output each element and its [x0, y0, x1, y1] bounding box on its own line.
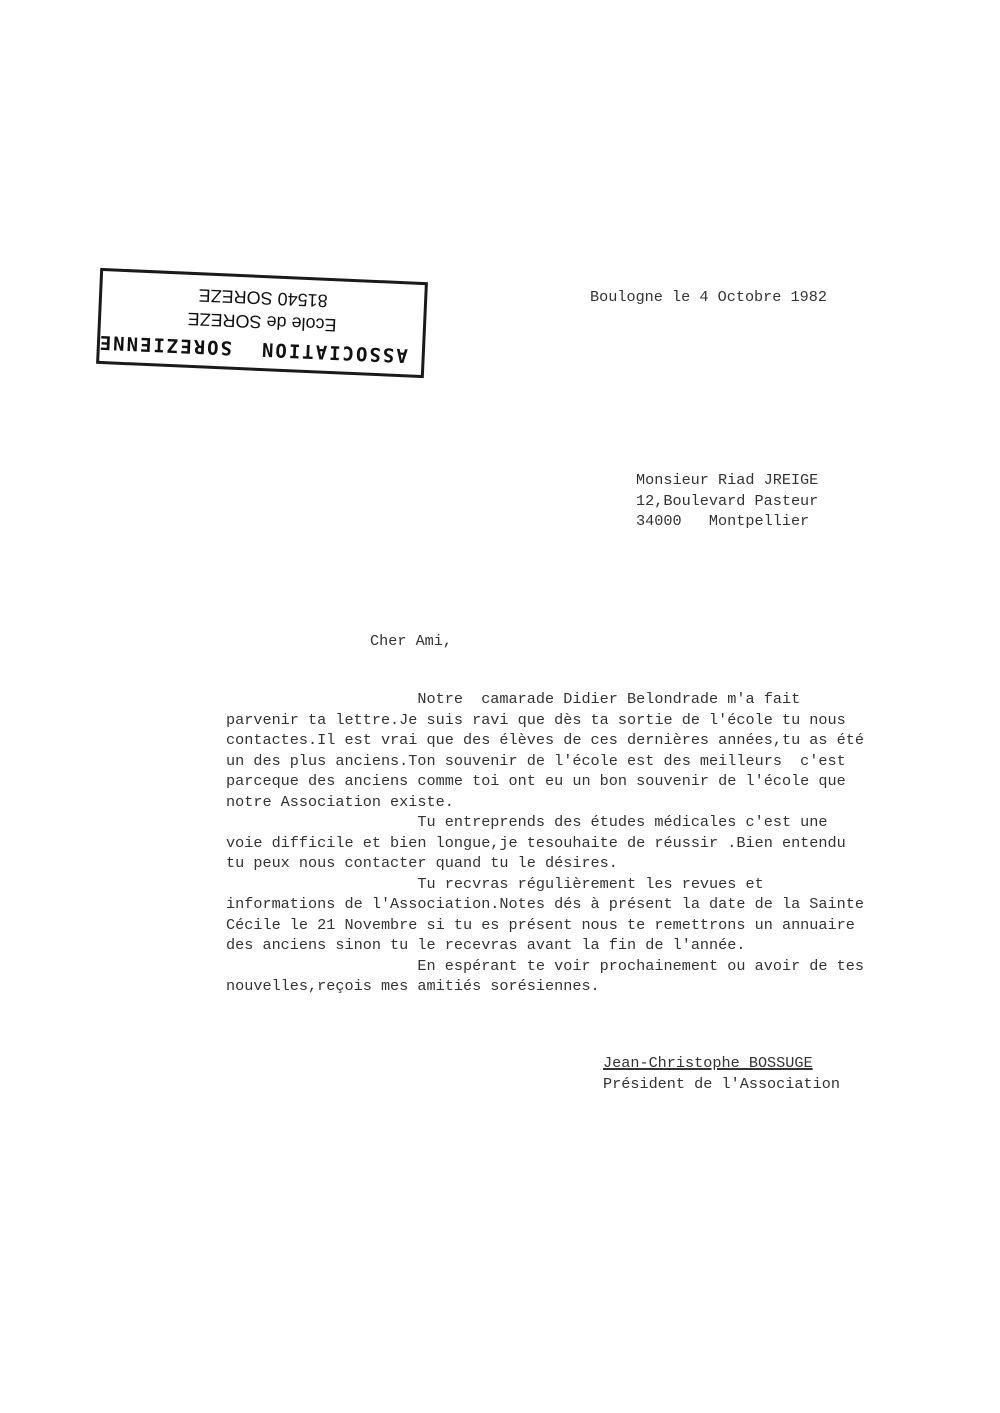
signatory-name: Jean-Christophe BOSSUGE — [603, 1053, 840, 1074]
letter-line: informations de l'Association.Notes dés … — [226, 894, 864, 915]
recipient-city: 34000 Montpellier — [636, 511, 818, 532]
letter-line: voie difficile et bien longue,je tesouha… — [226, 833, 864, 854]
recipient-address: Monsieur Riad JREIGE12,Boulevard Pasteur… — [636, 470, 818, 532]
salutation: Cher Ami, — [370, 631, 452, 652]
letter-line: Cécile le 21 Novembre si tu es présent n… — [226, 915, 864, 936]
letter-line: parvenir ta lettre.Je suis ravi que dès … — [226, 710, 864, 731]
letter-line: notre Association existe. — [226, 792, 864, 813]
letter-line: Tu entreprends des études médicales c'es… — [226, 812, 864, 833]
letter-line: des anciens sinon tu le recevras avant l… — [226, 935, 864, 956]
letter-line: tu peux nous contacter quand tu le désir… — [226, 853, 864, 874]
date-line: Boulogne le 4 Octobre 1982 — [590, 287, 827, 308]
letter-line: En espérant te voir prochainement ou avo… — [226, 956, 864, 977]
signatory-title: Président de l'Association — [603, 1074, 840, 1095]
signature-block: Jean-Christophe BOSSUGEPrésident de l'As… — [603, 1053, 840, 1094]
stamp-word-association: ASSOCIATION — [260, 338, 409, 366]
letter-line: parceque des anciens comme toi ont eu un… — [226, 771, 864, 792]
letter-line: un des plus anciens.Ton souvenir de l'éc… — [226, 751, 864, 772]
letter-line: nouvelles,reçois mes amitiés sorésiennes… — [226, 976, 864, 997]
letter-line: Tu recvras régulièrement les revues et — [226, 874, 864, 895]
stamp-word-sorezienne: SOREZIENNE — [97, 331, 232, 359]
letter-body: Notre camarade Didier Belondrade m'a fai… — [226, 689, 864, 997]
letter-line: contactes.Il est vrai que des élèves de … — [226, 730, 864, 751]
recipient-street: 12,Boulevard Pasteur — [636, 491, 818, 512]
letter-line: Notre camarade Didier Belondrade m'a fai… — [226, 689, 864, 710]
recipient-name: Monsieur Riad JREIGE — [636, 470, 818, 491]
association-stamp: ASSOCIATIONSOREZIENNE Ecole de SOREZE 81… — [96, 268, 428, 378]
